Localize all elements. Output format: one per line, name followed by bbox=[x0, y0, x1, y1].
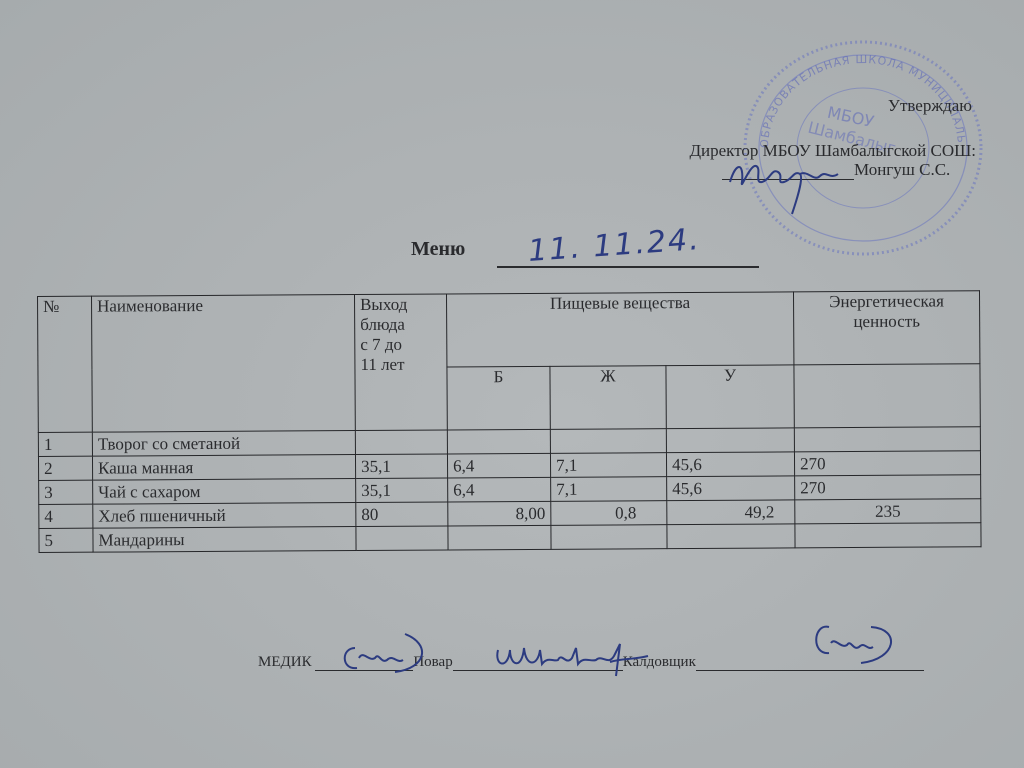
cell-protein bbox=[447, 429, 550, 454]
header-energy-line1: Энергетическая bbox=[829, 291, 944, 311]
cook-signature-line bbox=[453, 654, 623, 671]
cell-carbs bbox=[666, 428, 794, 453]
header-name: Наименование bbox=[92, 295, 356, 433]
footer-signatures: МЕДИК ПоварКалдовщик bbox=[258, 654, 924, 671]
cell-yield: 35,1 bbox=[356, 478, 448, 503]
header-yield: Выход блюда с 7 до 11 лет bbox=[354, 294, 447, 431]
header-energy-empty bbox=[794, 364, 980, 428]
header-yield-line3: с 7 до bbox=[360, 335, 402, 354]
cell-protein: 8,00 bbox=[448, 501, 551, 526]
cell-carbs: 45,6 bbox=[667, 476, 795, 501]
cell-protein: 6,4 bbox=[447, 453, 550, 478]
cell-fat: 7,1 bbox=[551, 477, 667, 502]
cell-yield: 80 bbox=[356, 502, 448, 527]
cell-num: 2 bbox=[38, 456, 92, 480]
storekeeper-label: Калдовщик bbox=[623, 654, 696, 670]
cell-carbs bbox=[667, 524, 795, 549]
cell-name: Творог со сметаной bbox=[92, 431, 355, 457]
cell-energy bbox=[795, 523, 981, 548]
approval-label: Утверждаю bbox=[888, 96, 972, 116]
director-signature-underline bbox=[722, 161, 854, 180]
director-title: Директор МБОУ Шамбалыгской СОШ: bbox=[689, 141, 976, 161]
cell-energy bbox=[794, 427, 980, 452]
menu-title: Меню bbox=[411, 238, 465, 261]
cell-fat bbox=[550, 429, 666, 454]
cell-energy: 270 bbox=[794, 451, 980, 476]
header-nutrients: Пищевые вещества bbox=[446, 292, 793, 367]
cell-carbs: 49,2 bbox=[667, 500, 795, 525]
header-num: № bbox=[38, 296, 93, 432]
cell-fat bbox=[551, 525, 667, 550]
cell-num: 3 bbox=[39, 480, 93, 504]
header-carbs: У bbox=[666, 365, 794, 429]
cell-num: 1 bbox=[38, 432, 92, 456]
menu-date: 11. 11.24. bbox=[527, 222, 702, 269]
header-energy-line2: ценность bbox=[853, 312, 920, 331]
cell-energy: 270 bbox=[795, 475, 981, 500]
cell-name: Хлеб пшеничный bbox=[93, 503, 356, 529]
header-energy: Энергетическая ценность bbox=[793, 291, 979, 365]
header-yield-line1: Выход bbox=[360, 295, 407, 314]
cell-num: 4 bbox=[39, 504, 93, 528]
cell-yield bbox=[356, 526, 448, 551]
medic-label: МЕДИК bbox=[258, 654, 312, 670]
header-yield-line4: 11 лет bbox=[360, 355, 404, 374]
cell-name: Чай с сахаром bbox=[93, 479, 356, 505]
menu-table: № Наименование Выход блюда с 7 до 11 лет… bbox=[37, 290, 982, 553]
cell-fat: 7,1 bbox=[550, 453, 666, 478]
cell-name: Каша манная bbox=[92, 455, 355, 481]
header-yield-line2: блюда bbox=[360, 315, 405, 334]
cell-carbs: 45,6 bbox=[666, 452, 794, 477]
cell-energy: 235 bbox=[795, 499, 981, 524]
cell-num: 5 bbox=[39, 528, 93, 552]
cell-yield: 35,1 bbox=[355, 454, 447, 479]
table-row: 5 Мандарины bbox=[39, 523, 981, 553]
storekeeper-signature-line bbox=[696, 654, 924, 671]
cell-fat: 0,8 bbox=[551, 501, 667, 526]
header-fat: Ж bbox=[550, 366, 666, 430]
medic-signature-line bbox=[315, 654, 413, 671]
cell-name: Мандарины bbox=[93, 527, 356, 553]
cell-yield bbox=[355, 430, 447, 455]
table-header-row: № Наименование Выход блюда с 7 до 11 лет… bbox=[38, 291, 980, 370]
director-signature-line: Монгуш С.С. bbox=[722, 160, 950, 180]
cell-protein bbox=[448, 525, 551, 550]
header-protein: Б bbox=[447, 366, 550, 430]
cook-label: Повар bbox=[413, 654, 452, 670]
cell-protein: 6,4 bbox=[448, 477, 551, 502]
director-name: Монгуш С.С. bbox=[854, 160, 950, 179]
